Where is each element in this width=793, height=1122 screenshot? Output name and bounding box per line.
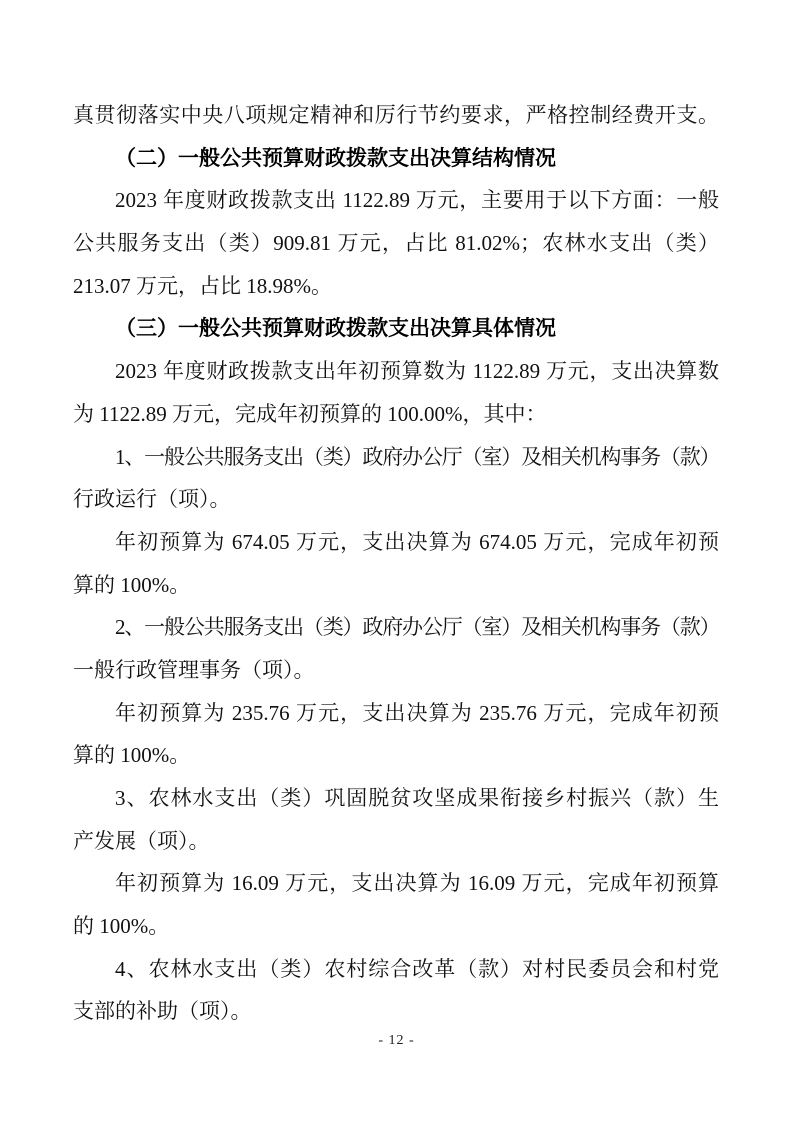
body-text-line: 2023 年度财政拨款支出 1122.89 万元，主要用于以下方面：一般 (73, 179, 719, 222)
document-page: 真贯彻落实中央八项规定精神和厉行节约要求，严格控制经费开支。 （二）一般公共预算… (0, 0, 793, 1122)
body-text-line: 2023 年度财政拨款支出年初预算数为 1122.89 万元，支出决算数 (73, 350, 719, 393)
body-text-line: 算的 100%。 (73, 734, 719, 777)
body-text-line: 2、一般公共服务支出（类）政府办公厅（室）及相关机构事务（款） (73, 606, 719, 649)
body-text-line: 一般行政管理事务（项）。 (73, 649, 719, 692)
body-text-line: 支部的补助（项）。 (73, 990, 719, 1033)
body-text-line: 年初预算为 16.09 万元，支出决算为 16.09 万元，完成年初预算 (73, 862, 719, 905)
page-number: - 12 - (0, 1031, 793, 1051)
body-text-line: 算的 100%。 (73, 564, 719, 607)
body-text-line: 年初预算为 674.05 万元，支出决算为 674.05 万元，完成年初预 (73, 521, 719, 564)
body-text-line: 1、一般公共服务支出（类）政府办公厅（室）及相关机构事务（款） (73, 436, 719, 479)
body-text-line: 3、农林水支出（类）巩固脱贫攻坚成果衔接乡村振兴（款）生 (73, 777, 719, 820)
body-text-line: 产发展（项）。 (73, 820, 719, 863)
body-text-line: 真贯彻落实中央八项规定精神和厉行节约要求，严格控制经费开支。 (73, 94, 719, 137)
body-text-line: 年初预算为 235.76 万元，支出决算为 235.76 万元，完成年初预 (73, 692, 719, 735)
section-heading-iii: （三）一般公共预算财政拨款支出决算具体情况 (73, 307, 719, 350)
body-text-line: 公共服务支出（类）909.81 万元，占比 81.02%；农林水支出（类） (73, 222, 719, 265)
body-text-line: 为 1122.89 万元，完成年初预算的 100.00%，其中： (73, 393, 719, 436)
body-text-line: 行政运行（项）。 (73, 478, 719, 521)
body-text-line: 的 100%。 (73, 905, 719, 948)
document-body: 真贯彻落实中央八项规定精神和厉行节约要求，严格控制经费开支。 （二）一般公共预算… (73, 94, 719, 1033)
body-text-line: 213.07 万元，占比 18.98%。 (73, 265, 719, 308)
body-text-line: 4、农林水支出（类）农村综合改革（款）对村民委员会和村党 (73, 948, 719, 991)
section-heading-ii: （二）一般公共预算财政拨款支出决算结构情况 (73, 137, 719, 180)
